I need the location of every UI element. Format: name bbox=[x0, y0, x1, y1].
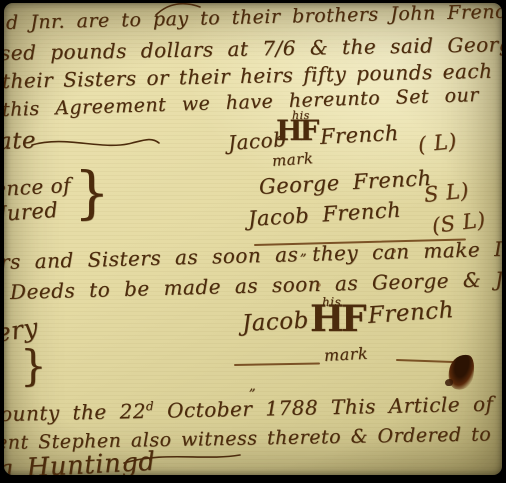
ink-speck bbox=[392, 249, 396, 253]
line-date-1788: ounty the 22d October 1788 This Article … bbox=[4, 390, 502, 426]
sig1-hf-monogram-icon: HF bbox=[276, 117, 316, 145]
sig4-first-name: Jacob bbox=[241, 308, 309, 337]
sig1-seal-notation: ( L) bbox=[417, 129, 458, 157]
sig4-hf-monogram-icon: HF bbox=[310, 301, 364, 337]
sig2-seal-notation: S L) bbox=[423, 178, 470, 207]
sig1-mark-label: mark bbox=[271, 149, 314, 170]
margin-brace-2: } bbox=[20, 341, 47, 390]
margin-brace: } bbox=[74, 161, 110, 226]
ink-blot-satellite bbox=[445, 379, 453, 386]
paper: d Jnr. are to pay to their brothers John… bbox=[4, 3, 502, 475]
sig4-underline-right bbox=[396, 359, 454, 363]
sig3-name: Jacob French bbox=[247, 198, 401, 231]
ink-speck bbox=[316, 283, 321, 287]
sig3-seal-notation: (S L) bbox=[431, 208, 487, 238]
sig4-mark-label: mark bbox=[324, 344, 369, 365]
date-text-post: October 1788 This Article of Agree bbox=[154, 390, 502, 423]
line-pay-brothers: d Jnr. are to pay to their brothers John… bbox=[6, 3, 502, 34]
sig2-name: George French bbox=[258, 166, 432, 199]
sig4-last-name: French bbox=[367, 297, 455, 329]
manuscript-photo: d Jnr. are to pay to their brothers John… bbox=[0, 0, 506, 483]
margin-fragment-jured: Jured bbox=[4, 198, 59, 226]
sig4-ditto-mark: „ bbox=[249, 379, 256, 394]
line-witness-recorded: ent Stephen also witness thereto & Order… bbox=[4, 421, 502, 454]
date-text-pre: ounty the 22 bbox=[4, 399, 146, 426]
sig4-underline-left bbox=[234, 362, 320, 366]
recorder-flourish bbox=[124, 451, 244, 465]
margin-flourish bbox=[32, 135, 162, 151]
sig1-last-name: French bbox=[319, 121, 399, 149]
margin-fragment-ence: ence of bbox=[4, 173, 72, 201]
ink-blot bbox=[445, 352, 478, 393]
